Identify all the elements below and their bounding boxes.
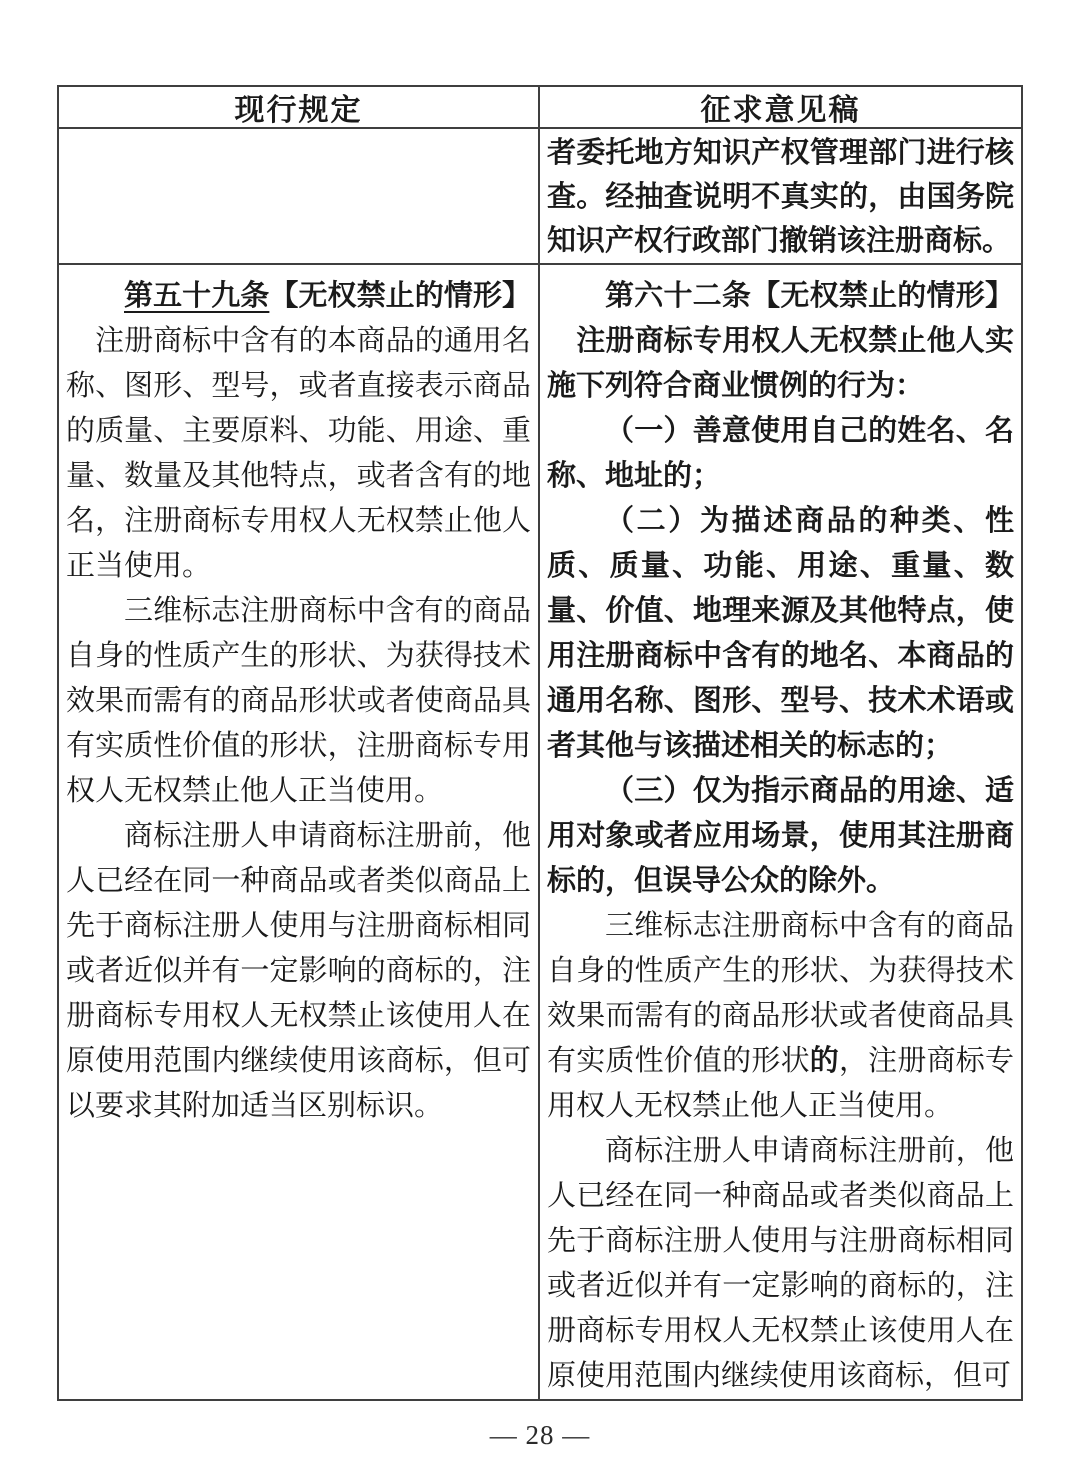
- article-62-three-d-clause: 三维标志注册商标中含有的商品自身的性质产生的形状、为获得技术效果而需有的商品形状…: [547, 904, 1014, 1129]
- article-59-clause-3: 商标注册人申请商标注册前，他人已经在同一种商品或者类似商品上先于商标注册人使用与…: [66, 814, 531, 1129]
- page-number: — 28 —: [0, 1420, 1080, 1451]
- draft-article-cell: 第六十二条【无权禁止的情形】注册商标专用权人无权禁止他人实施下列符合商业惯例的行…: [540, 265, 1021, 1399]
- comparison-table: 现行规定 征求意见稿 者委托地方知识产权管理部门进行核查。经抽查说明不真实的，由…: [57, 85, 1023, 1401]
- draft-carryover-cell: 者委托地方知识产权管理部门进行核查。经抽查说明不真实的，由国务院知识产权行政部门…: [540, 129, 1021, 265]
- current-regulation-cell: 第五十九条【无权禁止的情形】注册商标中含有的本商品的通用名称、图形、型号，或者直…: [59, 265, 540, 1399]
- article-62-item-1: （一）善意使用自己的姓名、名称、地址的；: [547, 409, 1014, 499]
- article-59-bracket-title: 【无权禁止的情形】: [269, 280, 531, 312]
- article-62-heading-paragraph: 第六十二条【无权禁止的情形】注册商标专用权人无权禁止他人实施下列符合商业惯例的行…: [547, 274, 1014, 409]
- article-62-item-2: （二）为描述商品的种类、性质、质量、功能、用途、重量、数量、价值、地理来源及其他…: [547, 499, 1014, 769]
- column-header-draft-label: 征求意见稿: [701, 85, 861, 129]
- article-59-clause-1: 注册商标中含有的本商品的通用名称、图形、型号，或者直接表示商品的质量、主要原料、…: [66, 325, 531, 582]
- article-62-added-char: 的: [810, 1045, 839, 1077]
- draft-carryover-text: 者委托地方知识产权管理部门进行核查。经抽查说明不真实的，由国务院知识产权行政部门…: [547, 131, 1014, 263]
- article-62-number: 第六十二条: [605, 280, 751, 312]
- article-62-prior-use-clause: 商标注册人申请商标注册前，他人已经在同一种商品或者类似商品上先于商标注册人使用与…: [547, 1129, 1014, 1399]
- column-header-draft: 征求意见稿: [540, 87, 1021, 129]
- article-59-clause-2: 三维标志注册商标中含有的商品自身的性质产生的形状、为获得技术效果而需有的商品形状…: [66, 589, 531, 814]
- article-62-bracket-title: 【无权禁止的情形】: [751, 280, 1014, 312]
- document-page: 现行规定 征求意见稿 者委托地方知识产权管理部门进行核查。经抽查说明不真实的，由…: [0, 0, 1080, 1465]
- article-62-intro: 注册商标专用权人无权禁止他人实施下列符合商业惯例的行为：: [547, 325, 1014, 402]
- column-header-current-label: 现行规定: [235, 85, 363, 129]
- column-header-current: 现行规定: [59, 87, 540, 129]
- current-carryover-cell-empty: [59, 129, 540, 265]
- article-59-heading-paragraph: 第五十九条【无权禁止的情形】注册商标中含有的本商品的通用名称、图形、型号，或者直…: [66, 274, 531, 589]
- article-62-item-3: （三）仅为指示商品的用途、适用对象或者应用场景，使用其注册商标的，但误导公众的除…: [547, 769, 1014, 904]
- article-59-number: 第五十九条: [124, 280, 269, 312]
